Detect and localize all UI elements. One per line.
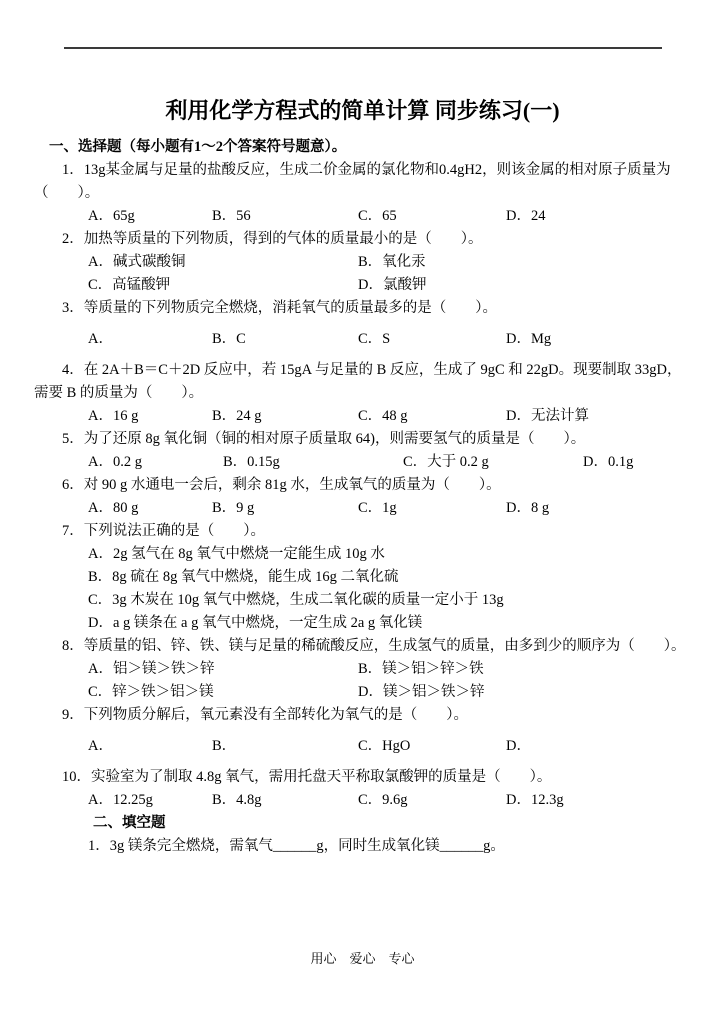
question-2-options: A．碱式碳酸铜 B．氧化汞 C．高锰酸钾 D．氯酸钾 <box>34 251 690 297</box>
question-10-options: A．12.25g B．4.8g C．9.6g D．12.3g <box>34 789 690 812</box>
option: B．C <box>212 328 358 351</box>
option: A．12.25g <box>88 789 212 812</box>
question-10-text: 10．实验室为了制取 4.8g 氧气，需用托盘天平称取氯酸钾的质量是（ ）。 <box>34 766 690 789</box>
question-9-options: A． B． C．HgO D． <box>34 735 690 758</box>
option: D．12.3g <box>506 789 690 812</box>
question-7-options: A．2g 氢气在 8g 氧气中燃烧一定能生成 10g 水 B．8g 硫在 8g … <box>34 543 690 635</box>
document-body: 一、选择题（每小题有1～2个答案符号题意）。 1．13g某金属与足量的盐酸反应，… <box>34 136 690 858</box>
question-3-text: 3．等质量的下列物质完全燃烧，消耗氧气的质量最多的是（ ）。 <box>34 297 690 320</box>
question-4-text: 4．在 2A＋B＝C＋2D 反应中，若 15gA 与足量的 B 反应，生成了 9… <box>34 359 690 405</box>
option: C．48 g <box>358 405 506 428</box>
option: D．Mg <box>506 328 690 351</box>
option: A．80 g <box>88 497 212 520</box>
question-5-options: A．0.2 g B．0.15g C．大于 0.2 g D．0.1g <box>34 451 690 474</box>
option: D．24 <box>506 205 690 228</box>
option: A． <box>88 328 212 351</box>
option: B．9 g <box>212 497 358 520</box>
question-9-text: 9．下列物质分解后，氧元素没有全部转化为氧气的是（ ）。 <box>34 704 690 727</box>
question-6-text: 6．对 90 g 水通电一会后，剩余 81g 水，生成氧气的质量为（ ）。 <box>34 474 690 497</box>
option: A．铝＞镁＞铁＞锌 <box>88 658 358 681</box>
option: B．镁＞铝＞锌＞铁 <box>358 658 690 681</box>
option: C．大于 0.2 g <box>403 451 583 474</box>
question-7-text: 7．下列说法正确的是（ ）。 <box>34 520 690 543</box>
fill-in-question-1-text: 1．3g 镁条完全燃烧，需氧气______g，同时生成氧化镁______g。 <box>34 835 690 858</box>
option: C．锌＞铁＞铝＞镁 <box>88 681 358 704</box>
option: D．8 g <box>506 497 690 520</box>
page-title: 利用化学方程式的简单计算 同步练习(一) <box>0 96 725 126</box>
option: A．碱式碳酸铜 <box>88 251 358 274</box>
option: A．2g 氢气在 8g 氧气中燃烧一定能生成 10g 水 <box>88 543 690 566</box>
question-5-text: 5．为了还原 8g 氧化铜（铜的相对原子质量取 64)，则需要氢气的质量是（ ）… <box>34 428 690 451</box>
option: D．镁＞铝＞铁＞锌 <box>358 681 690 704</box>
option: C．9.6g <box>358 789 506 812</box>
question-1-options: A．65g B．56 C．65 D．24 <box>34 205 690 228</box>
question-3-options: A． B．C C．S D．Mg <box>34 328 690 351</box>
option: C．65 <box>358 205 506 228</box>
option: D．氯酸钾 <box>358 274 690 297</box>
document-page: 利用化学方程式的简单计算 同步练习(一) 一、选择题（每小题有1～2个答案符号题… <box>0 0 725 1024</box>
option: C．S <box>358 328 506 351</box>
question-6-options: A．80 g B．9 g C．1g D．8 g <box>34 497 690 520</box>
section-2-heading: 二、填空题 <box>34 812 690 835</box>
option: B． <box>212 735 358 758</box>
option: A． <box>88 735 212 758</box>
option: C．高锰酸钾 <box>88 274 358 297</box>
option: D．0.1g <box>583 451 690 474</box>
question-4-options: A．16 g B．24 g C．48 g D．无法计算 <box>34 405 690 428</box>
question-8-options: A．铝＞镁＞铁＞锌 B．镁＞铝＞锌＞铁 C．锌＞铁＞铝＞镁 D．镁＞铝＞铁＞锌 <box>34 658 690 704</box>
header-rule <box>64 47 662 49</box>
option: A．16 g <box>88 405 212 428</box>
option: B．氧化汞 <box>358 251 690 274</box>
option: D． <box>506 735 690 758</box>
question-8-text: 8．等质量的铝、锌、铁、镁与足量的稀硫酸反应，生成氢气的质量，由多到少的顺序为（… <box>34 635 690 658</box>
option: B．4.8g <box>212 789 358 812</box>
option: A．0.2 g <box>88 451 223 474</box>
option: D．无法计算 <box>506 405 690 428</box>
option: C．1g <box>358 497 506 520</box>
question-2-text: 2．加热等质量的下列物质，得到的气体的质量最小的是（ ）。 <box>34 228 690 251</box>
option: B．8g 硫在 8g 氧气中燃烧，能生成 16g 二氧化硫 <box>88 566 690 589</box>
section-1-heading: 一、选择题（每小题有1～2个答案符号题意）。 <box>34 136 690 159</box>
option: C．HgO <box>358 735 506 758</box>
option: D．a g 镁条在 a g 氧气中燃烧，一定生成 2a g 氧化镁 <box>88 612 690 635</box>
option: B．56 <box>212 205 358 228</box>
option: C．3g 木炭在 10g 氧气中燃烧，生成二氧化碳的质量一定小于 13g <box>88 589 690 612</box>
question-1-text: 1．13g某金属与足量的盐酸反应，生成二价金属的氯化物和0.4gH2，则该金属的… <box>34 159 690 205</box>
page-footer: 用心 爱心 专心 <box>0 948 725 967</box>
option: B．24 g <box>212 405 358 428</box>
option: A．65g <box>88 205 212 228</box>
option: B．0.15g <box>223 451 403 474</box>
